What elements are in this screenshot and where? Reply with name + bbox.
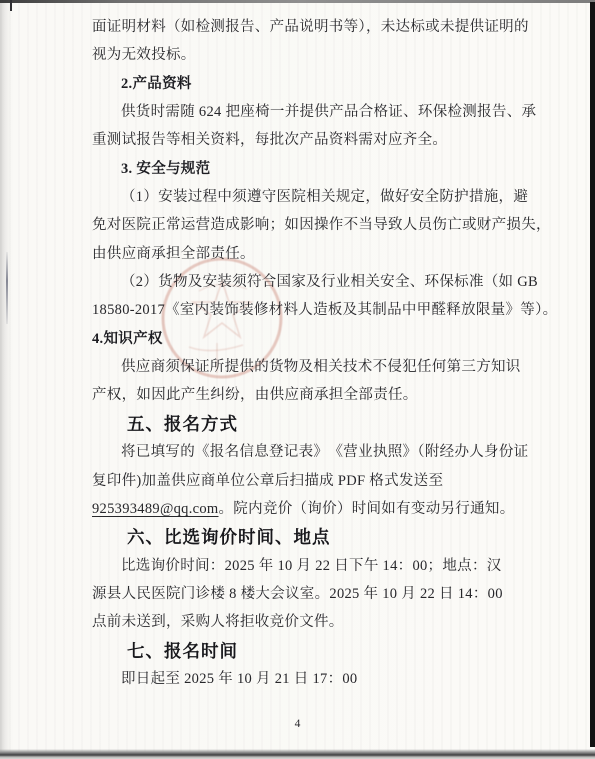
paragraph-line: 免对医院正常运营造成影响；如因操作不当导致人员伤亡或财产损失，	[92, 211, 528, 239]
paragraph-line: 比选询价时间：2025 年 10 月 22 日下午 14：00；地点：汉	[92, 552, 528, 580]
document-body: 面证明材料（如检测报告、产品说明书等），未达标或未提供证明的 视为无效投标。 2…	[92, 13, 528, 693]
scan-edge-bottom	[0, 749, 595, 759]
paragraph-line: （1）安装过程中须遵守医院相关规定，做好安全防护措施，避	[92, 183, 528, 211]
scan-smudge	[6, 252, 8, 324]
paragraph-line: 由供应商承担全部责任。	[92, 240, 528, 268]
paragraph-line: （2）货物及安装须符合国家及行业相关安全、环保标准（如 GB	[92, 268, 528, 296]
scan-corner-mark	[10, 0, 12, 11]
scan-edge-top	[0, 0, 595, 3]
section-heading-6: 六、比选询价时间、地点	[92, 523, 528, 551]
paragraph-line: 视为无效投标。	[92, 41, 528, 69]
item-heading-4: 4.知识产权	[92, 325, 528, 353]
paragraph-line: 18580-2017《室内装饰装修材料人造板及其制品中甲醛释放限量》等）。	[92, 296, 528, 324]
paragraph-line: 供货时需随 624 把座椅一并提供产品合格证、环保检测报告、承	[92, 98, 528, 126]
page-number: 4	[0, 718, 595, 730]
paragraph-line: 面证明材料（如检测报告、产品说明书等），未达标或未提供证明的	[92, 13, 528, 41]
item-heading-2: 2.产品资料	[92, 70, 528, 98]
paragraph-line: 复印件)加盖供应商单位公章后扫描成 PDF 格式发送至	[92, 467, 528, 495]
paragraph-line: 即日起至 2025 年 10 月 21 日 17：00	[92, 665, 528, 693]
paragraph-line: 将已填写的《报名信息登记表》 《营业执照》（附经办人身份证	[92, 438, 528, 466]
paragraph-line: 供应商须保证所提供的货物及相关技术不侵犯任何第三方知识	[92, 353, 528, 381]
scan-edge-left	[0, 0, 10, 759]
paragraph-line: 重测试报告等相关资料，每批次产品资料需对应齐全。	[92, 126, 528, 154]
section-heading-7: 七、报名时间	[92, 637, 528, 665]
scan-edge-right	[590, 2, 595, 747]
paragraph-line: 925393489@qq.com。院内竞价（询价）时间如有变动另行通知。	[92, 495, 528, 523]
paragraph-line: 源县人民医院门诊楼 8 楼大会议室。2025 年 10 月 22 日 14：00	[92, 580, 528, 608]
section-heading-5: 五、报名方式	[92, 410, 528, 438]
email-address: 925393489@qq.com	[92, 501, 219, 517]
scanned-document-page: 面证明材料（如检测报告、产品说明书等），未达标或未提供证明的 视为无效投标。 2…	[0, 0, 595, 759]
paragraph-line: 点前未送到，采购人将拒收竞价文件。	[92, 608, 528, 636]
item-heading-3: 3. 安全与规范	[92, 155, 528, 183]
paragraph-text: 。院内竞价（询价）时间如有变动另行通知。	[219, 501, 515, 517]
paragraph-line: 产权，如因此产生纠纷，由供应商承担全部责任。	[92, 381, 528, 409]
